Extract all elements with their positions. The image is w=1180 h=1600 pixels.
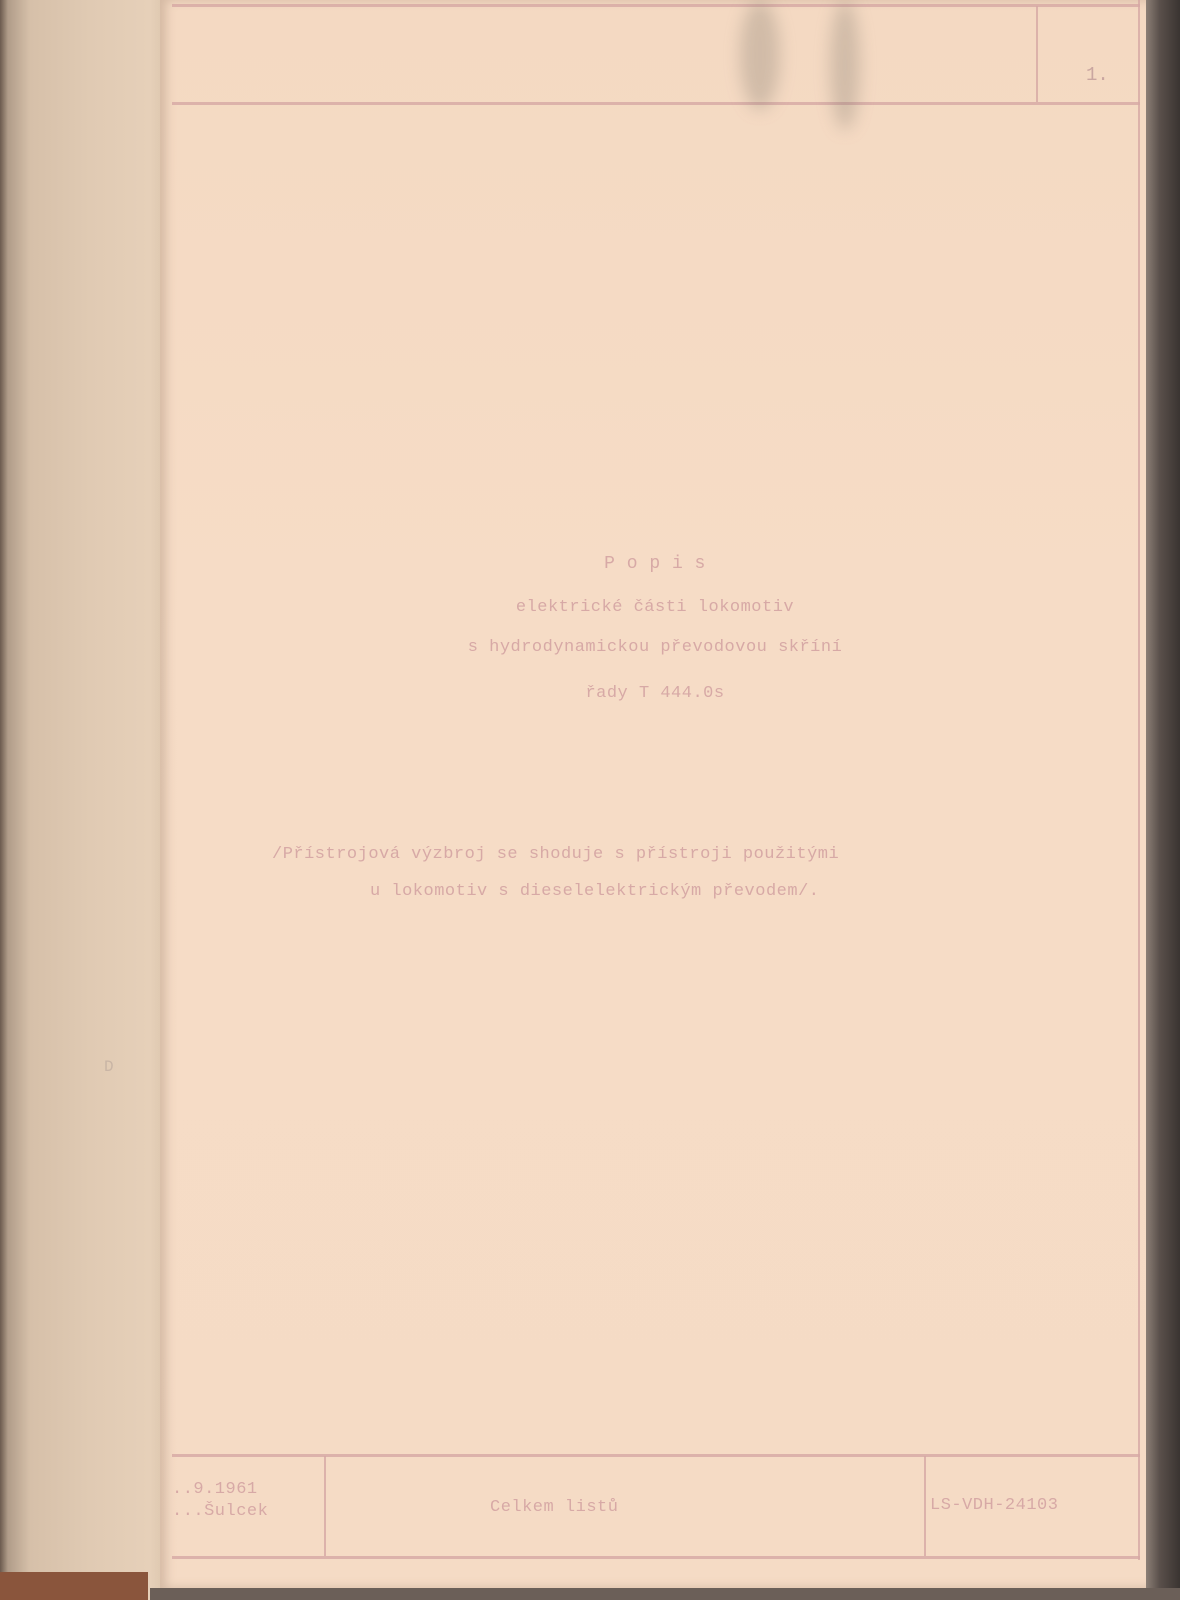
doc-subtitle-line-3: řady T 444.0s [160,684,1150,703]
footer-top-rule [172,1454,1140,1457]
smudge [830,0,860,130]
scan-right-edge [1146,0,1180,1600]
doc-subtitle-line-1: elektrické části lokomotiv [160,598,1150,617]
footer-total-sheets-label: Celkem listů [490,1498,618,1517]
doc-title: P o p i s [160,554,1150,574]
binding-mark: D [104,1058,114,1076]
doc-note-line-1: /Přístrojová výzbroj se shoduje s přístr… [272,845,839,864]
header-top-rule [172,4,1140,7]
document-page [160,0,1150,1588]
page-number: 1. [1086,64,1109,86]
header-bottom-rule [172,102,1140,105]
footer-bottom-rule [172,1556,1140,1559]
footer-author: ...Šulcek [172,1502,268,1521]
footer-divider-1 [324,1456,326,1556]
footer-date: ..9.1961 [172,1480,258,1499]
header-page-cell-divider [1036,6,1038,102]
footer-divider-2 [924,1456,926,1556]
binding-tape [0,1572,148,1600]
doc-subtitle-line-2: s hydrodynamickou převodovou skříní [160,638,1150,657]
doc-note-line-2: u lokomotiv s dieselelektrickým převodem… [370,882,819,901]
page-right-border [1138,0,1140,1560]
scan-bottom-edge [150,1588,1180,1600]
book-binding-strip [0,0,172,1600]
footer-document-code: LS-VDH-24103 [930,1496,1058,1515]
smudge [740,0,780,110]
